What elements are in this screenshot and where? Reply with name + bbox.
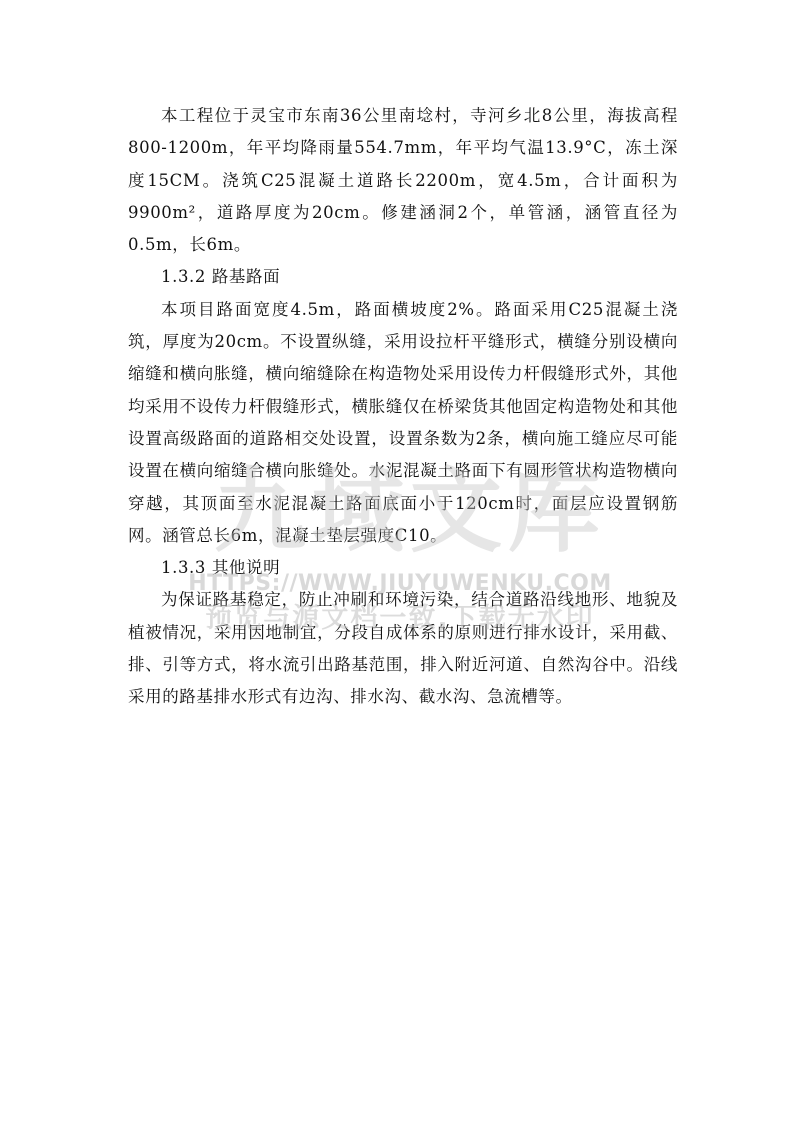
section-heading-subgrade-pavement: 1.3.2 路基路面 <box>128 261 678 293</box>
section-heading-other-notes: 1.3.3 其他说明 <box>128 552 678 584</box>
document-page: 本工程位于灵宝市东南36公里南埝村，寺河乡北8公里，海拔高程800-1200m，… <box>0 0 793 1122</box>
paragraph-subgrade-pavement: 本项目路面宽度4.5m，路面横坡度2%。路面采用C25混凝土浇筑，厚度为20cm… <box>128 294 678 552</box>
paragraph-drainage: 为保证路基稳定，防止冲刷和环境污染，结合道路沿线地形、地貌及植被情况，采用因地制… <box>128 584 678 713</box>
paragraph-project-overview: 本工程位于灵宝市东南36公里南埝村，寺河乡北8公里，海拔高程800-1200m，… <box>128 100 678 261</box>
document-body: 本工程位于灵宝市东南36公里南埝村，寺河乡北8公里，海拔高程800-1200m，… <box>128 100 678 714</box>
